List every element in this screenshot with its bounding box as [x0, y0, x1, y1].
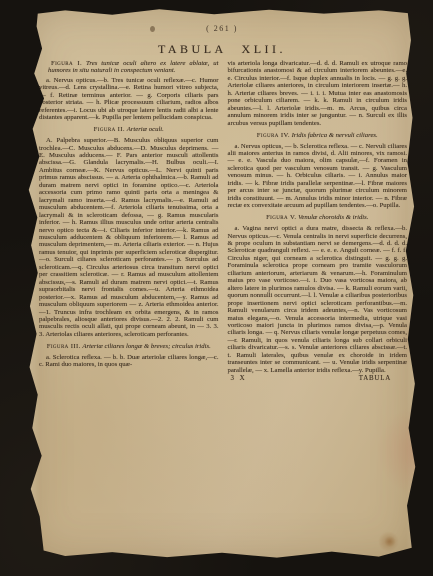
- signature-mark: 3 X: [231, 375, 247, 382]
- figure-5-title: Venulæ choroidis & iridis.: [298, 214, 368, 221]
- footer-row: 3 X TABULA: [228, 375, 408, 382]
- figure-1-intro: Figura I. Tres tunicæ oculi altero ex la…: [39, 60, 219, 75]
- page-title: TABULA XLII.: [26, 42, 418, 57]
- figure-2-label: Figura II.: [94, 126, 125, 133]
- figure-3-body-continued: vis arteriola longa divaricatur.—d. d. d…: [228, 60, 408, 127]
- column-right: vis arteriola longa divaricatur.—d. d. d…: [228, 60, 408, 551]
- figure-1-body: a. Nervus opticus.—b. Tres tunicæ oculi …: [39, 77, 219, 122]
- catchword: TABULA: [359, 375, 391, 382]
- figure-3-title: Arteriæ ciliares longæ & breves; circulu…: [82, 343, 210, 350]
- figure-2-body: A. Palpebra superior.—B. Musculus obliqu…: [39, 137, 219, 338]
- page-sheet: ( 261 ) TABULA XLII. Figura I. Tres tuni…: [26, 7, 418, 561]
- figure-4-label: Figura IV.: [257, 132, 290, 139]
- paper-speck: [150, 26, 155, 32]
- figure-1-label: Figura I.: [51, 60, 82, 67]
- text-area: Figura I. Tres tunicæ oculi altero ex la…: [39, 60, 407, 551]
- figure-5-body: a. Vagina nervi optici a dura matre, dis…: [228, 225, 408, 374]
- figure-5-label: Figura V.: [266, 214, 296, 221]
- figure-3-body-start: a. Sclerotica reflexa. — b. b. Duæ arter…: [39, 354, 219, 369]
- figure-4-body: a. Nervus opticus, — b. Sclerotica refle…: [228, 143, 408, 210]
- column-left: Figura I. Tres tunicæ oculi altero ex la…: [39, 60, 219, 551]
- book-photo: { "page": { "page_number": "( 261 )", "t…: [0, 0, 433, 576]
- figure-2-title: Arteriæ oculi.: [127, 126, 164, 133]
- figure-3-heading: Figura III. Arteriæ ciliares longæ & bre…: [45, 343, 213, 350]
- figure-4-title: Iridis fabrica & nervuli ciliares.: [292, 132, 378, 139]
- figure-2-heading: Figura II. Arteriæ oculi.: [45, 126, 213, 133]
- figure-3-label: Figura III.: [47, 343, 81, 350]
- page-number: ( 261 ): [26, 24, 418, 33]
- figure-4-heading: Figura IV. Iridis fabrica & nervuli cili…: [234, 132, 402, 139]
- figure-5-heading: Figura V. Venulæ choroidis & iridis.: [234, 214, 402, 221]
